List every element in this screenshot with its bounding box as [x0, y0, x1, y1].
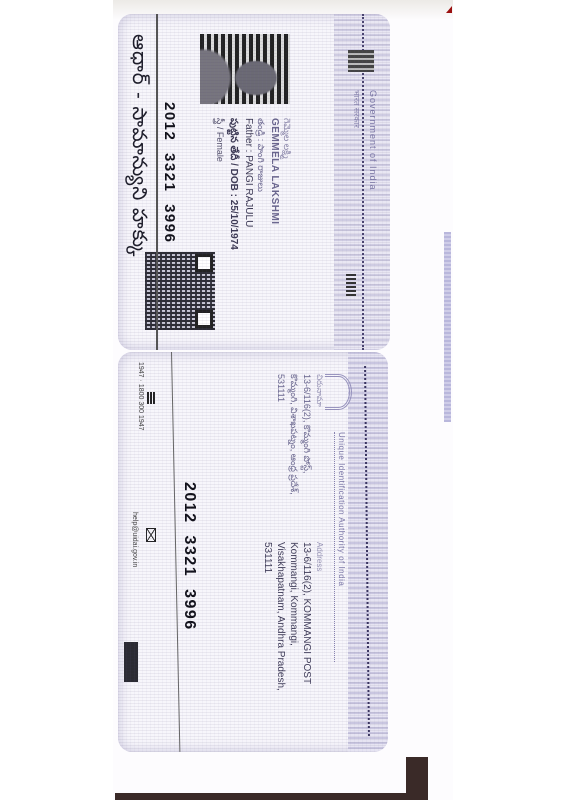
aadhaar-card-back: Unique Identification Authority of India…	[118, 352, 388, 752]
paper-edge-shade	[444, 232, 451, 422]
scan-noise	[118, 14, 390, 350]
corner-mark	[446, 6, 452, 13]
aadhaar-card-front: Government of India भारत सरकार గెమ్మెల ల…	[118, 14, 390, 350]
scan-noise	[118, 352, 388, 752]
background-dark-strip	[115, 793, 415, 800]
